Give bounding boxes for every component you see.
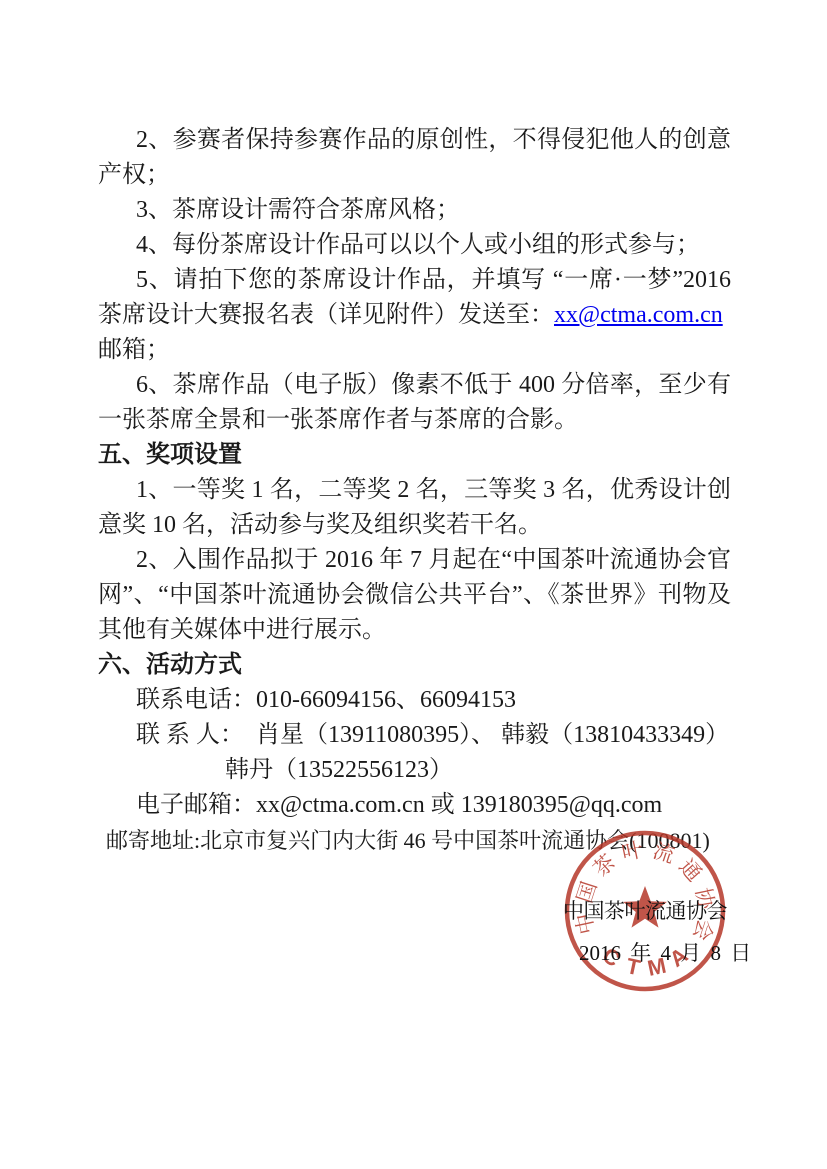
section-5-item-1: 1、一等奖 1 名，二等奖 2 名，三等奖 3 名，优秀设计创意奖 10 名，活…: [98, 473, 731, 543]
rule-4-paragraph: 4、每份茶席设计作品可以以个人或小组的形式参与；: [98, 228, 731, 263]
signature-date: 2016 年 4 月 8 日: [579, 937, 751, 967]
document-body: 2、参赛者保持参赛作品的原创性，不得侵犯他人的创意产权； 3、茶席设计需符合茶席…: [98, 123, 731, 858]
section-6-heading: 六、活动方式: [98, 648, 731, 683]
rule-5-paragraph: 5、请拍下您的茶席设计作品，并填写 “一席·一梦”2016 茶席设计大赛报名表（…: [98, 263, 731, 368]
section-5-heading: 五、奖项设置: [98, 438, 731, 473]
section-5-item-2: 2、入围作品拟于 2016 年 7 月起在“中国茶叶流通协会官网”、“中国茶叶流…: [98, 543, 731, 648]
rule-2-paragraph: 2、参赛者保持参赛作品的原创性，不得侵犯他人的创意产权；: [98, 123, 731, 193]
rule-3-paragraph: 3、茶席设计需符合茶席风格；: [98, 193, 731, 228]
contact-persons-line: 联 系 人： 肖星（13911080395）、 韩毅（13810433349）: [98, 718, 731, 753]
contact-person-2-line: 韩丹（13522556123）: [98, 753, 731, 788]
submission-email-link[interactable]: xx@ctma.com.cn: [554, 302, 723, 328]
signature-org-name: 中国茶叶流通协会: [563, 895, 727, 925]
contact-phone-line: 联系电话：010-66094156、66094153: [98, 683, 731, 718]
seal-arc-char: 流: [650, 838, 677, 867]
rule-6-paragraph: 6、茶席作品（电子版）像素不低于 400 分倍率，至少有一张茶席全景和一张茶席作…: [98, 368, 731, 438]
seal-arc-char: 叶: [620, 837, 646, 865]
document-page: 2、参赛者保持参赛作品的原创性，不得侵犯他人的创意产权； 3、茶席设计需符合茶席…: [0, 0, 827, 1169]
